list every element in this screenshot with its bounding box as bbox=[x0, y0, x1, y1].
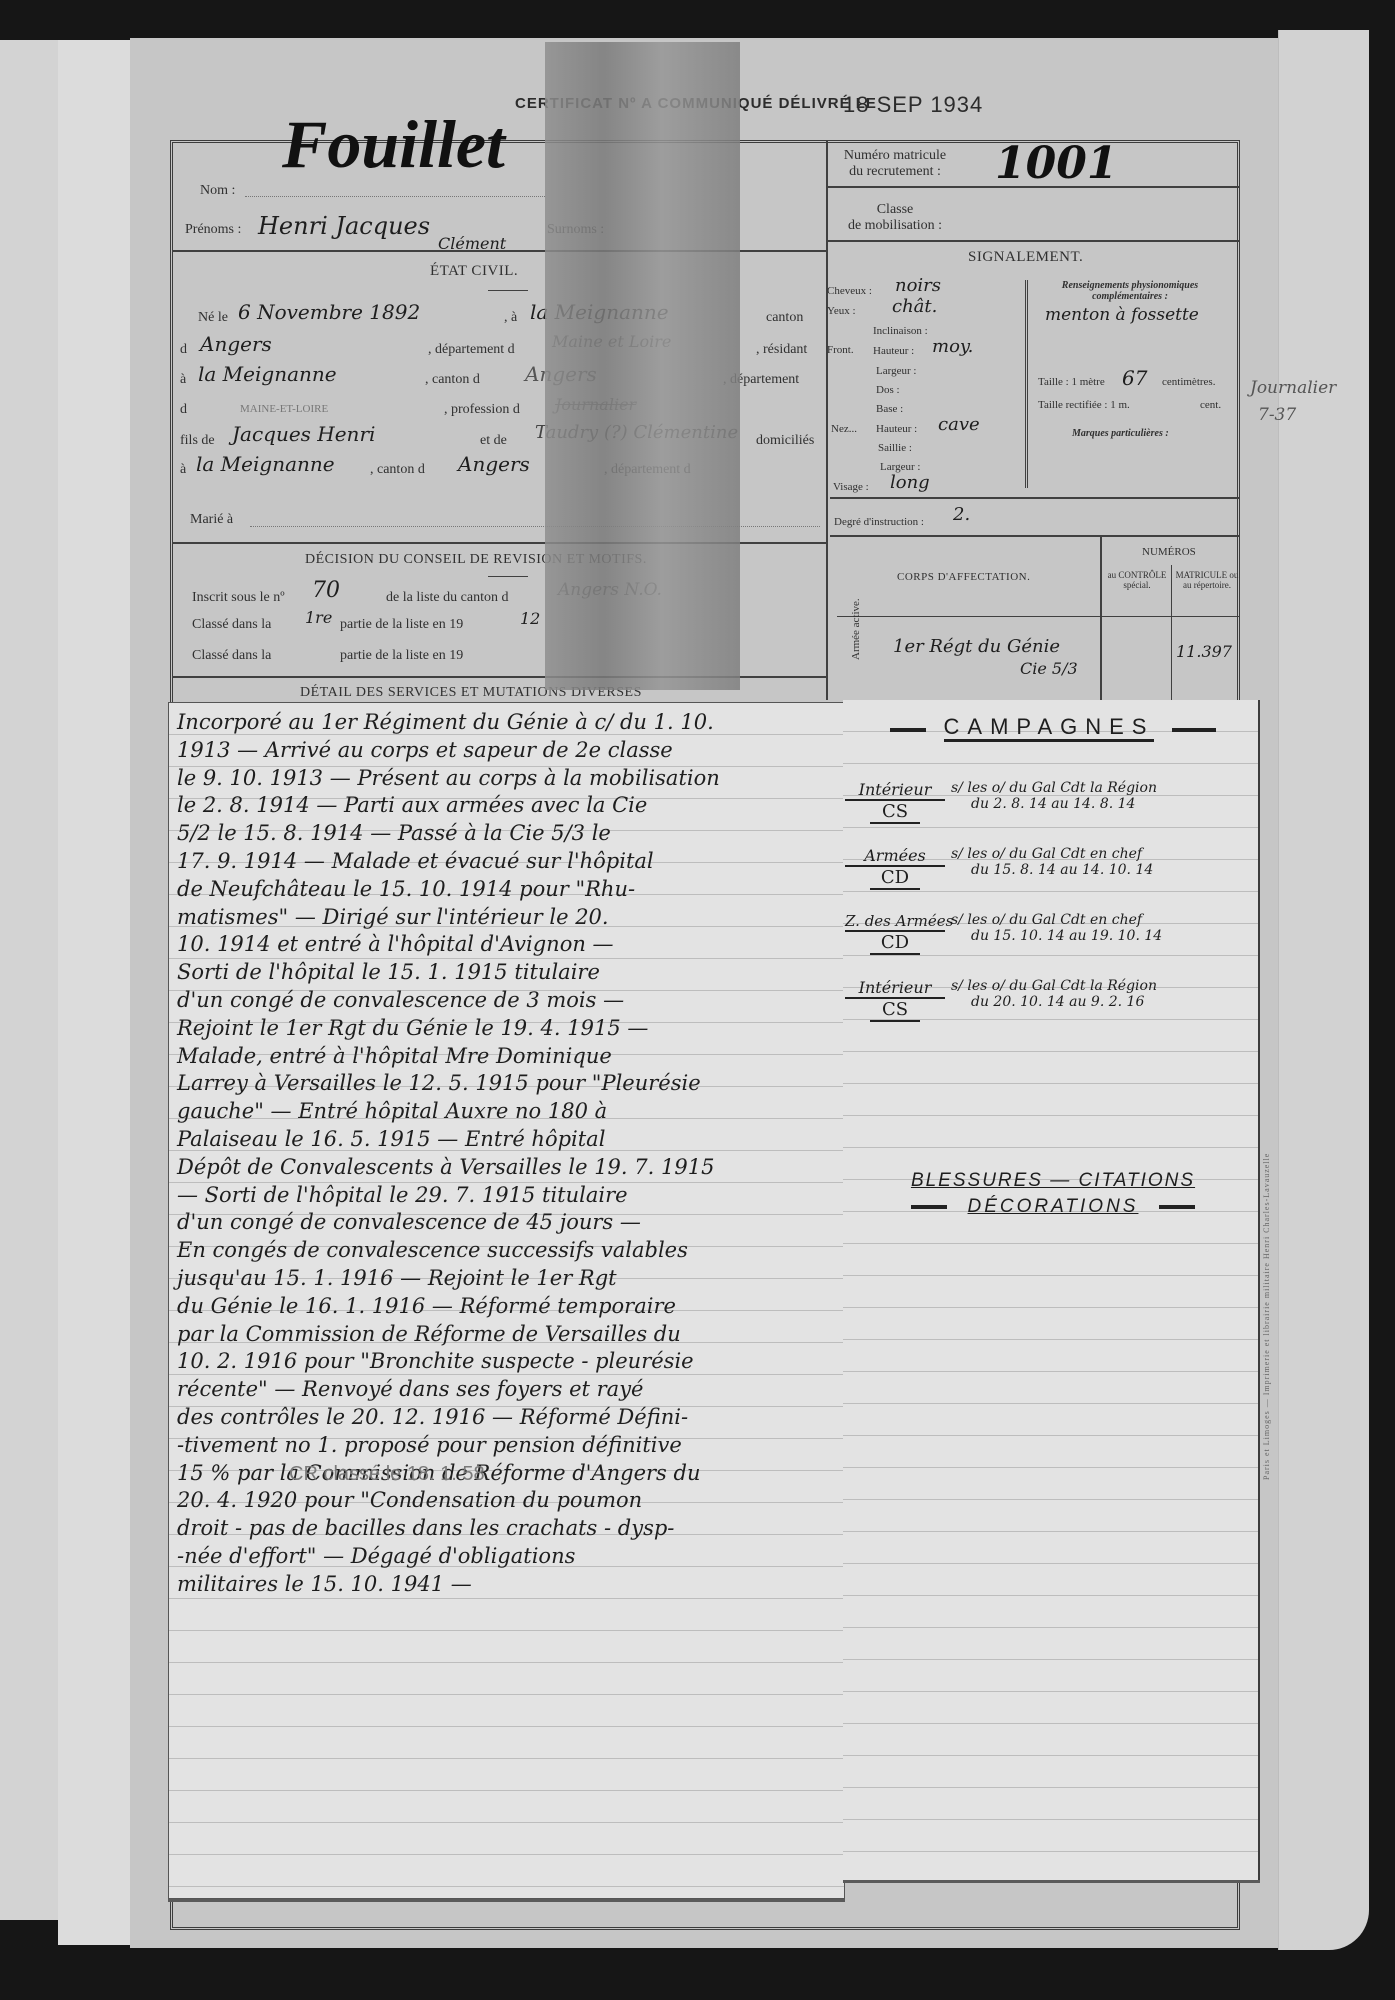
service-line: militaires le 15. 10. 1941 — bbox=[177, 1571, 837, 1599]
stamp-date: 18 SEP 1934 bbox=[843, 92, 983, 118]
campaign-detail: s/ les o/ du Gal Cdt la Région du 2. 8. … bbox=[945, 780, 1255, 846]
campaign-zone: Armées bbox=[845, 846, 945, 867]
marie-label: Marié à bbox=[190, 512, 233, 528]
nez-value: cave bbox=[938, 414, 980, 435]
right-page-edge bbox=[1278, 30, 1369, 1950]
service-line: des contrôles le 20. 12. 1916 — Réformé … bbox=[177, 1404, 837, 1432]
corps-affectation-title: CORPS D'AFFECTATION. bbox=[897, 571, 1030, 583]
campaign-dates: du 15. 10. 14 au 19. 10. 14 bbox=[951, 928, 1255, 944]
campaign-code: CD bbox=[870, 932, 920, 955]
title-underline bbox=[488, 576, 528, 577]
profession-label: , profession d bbox=[444, 402, 520, 418]
blessures-heading: BLESSURES — CITATIONS DÉCORATIONS bbox=[858, 1170, 1248, 1218]
column-divider bbox=[826, 140, 828, 700]
nom-label: Nom : bbox=[200, 183, 235, 199]
campaign-dates: du 20. 10. 14 au 9. 2. 16 bbox=[951, 994, 1255, 1010]
numeros-divider bbox=[1171, 565, 1172, 702]
classe2-label: Classé dans la bbox=[192, 648, 271, 664]
taille-label: Taille : 1 mètre bbox=[1038, 376, 1105, 388]
domicile-canton-label: , canton d bbox=[370, 462, 425, 478]
divider bbox=[826, 240, 1240, 242]
service-line: du Génie le 16. 1. 1916 — Réformé tempor… bbox=[177, 1293, 837, 1321]
service-line: récente" — Renvoyé dans ses foyers et ra… bbox=[177, 1376, 837, 1404]
printer-imprint: Paris et Limoges — Imprimerie et librair… bbox=[1262, 1153, 1271, 1480]
prenoms-label: Prénoms : bbox=[185, 222, 241, 238]
corps-value: 1er Régt du Génie bbox=[893, 636, 1060, 657]
matricule-repertoire-value: 11.397 bbox=[1176, 642, 1232, 661]
dash-decoration bbox=[890, 728, 926, 732]
service-line: 10. 1914 et entré à l'hôpital d'Avignon … bbox=[177, 931, 837, 959]
signalement-divider bbox=[1025, 280, 1028, 488]
inscrit-value: 70 bbox=[312, 578, 340, 603]
taille-rectifiee-unit: cent. bbox=[1200, 399, 1221, 411]
renseignements-title: Renseignements physionomiques complément… bbox=[1045, 280, 1215, 302]
repair-tape bbox=[545, 42, 740, 690]
affectation-divider bbox=[1100, 537, 1102, 702]
matricule-label: Numéro matricule du recrutement : bbox=[835, 148, 955, 180]
classe-label-line2: de mobilisation : bbox=[835, 218, 955, 234]
campaign-authority: s/ les o/ du Gal Cdt en chef bbox=[951, 912, 1255, 928]
archive-note: CR classé le 18. 1. 58 bbox=[289, 1463, 485, 1486]
nez-dos-label: Dos : bbox=[876, 384, 900, 396]
residence-a-label: à bbox=[180, 372, 186, 388]
campaign-code: CS bbox=[870, 999, 920, 1022]
campaign-authority: s/ les o/ du Gal Cdt la Région bbox=[951, 780, 1255, 796]
campaign-zone: Intérieur bbox=[845, 978, 945, 999]
service-line: par la Commission de Réforme de Versaill… bbox=[177, 1321, 837, 1349]
campaign-dates: du 15. 8. 14 au 14. 10. 14 bbox=[951, 862, 1255, 878]
divider bbox=[830, 535, 1240, 537]
service-line: le 9. 10. 1913 — Présent au corps à la m… bbox=[177, 765, 837, 793]
campaign-entries: Intérieur CS s/ les o/ du Gal Cdt la Rég… bbox=[845, 780, 1255, 1044]
service-line: Incorporé au 1er Régiment du Génie à c/ … bbox=[177, 709, 837, 737]
campaign-code: CD bbox=[870, 867, 920, 890]
nom-value: Fouillet bbox=[282, 105, 505, 184]
signalement-title: SIGNALEMENT. bbox=[968, 249, 1083, 266]
service-line: de Neufchâteau le 15. 10. 1914 pour "Rhu… bbox=[177, 876, 837, 904]
taille-unit: centimètres. bbox=[1162, 376, 1215, 388]
service-line: Sorti de l'hôpital le 15. 1. 1915 titula… bbox=[177, 959, 837, 987]
controle-special-title: au CONTRÔLE spécial. bbox=[1104, 570, 1170, 590]
et-de-label: et de bbox=[480, 433, 507, 449]
service-line: 10. 2. 1916 pour "Bronchite suspecte - p… bbox=[177, 1348, 837, 1376]
classe1-value: 1re bbox=[305, 608, 332, 627]
fils-de-label: fils de bbox=[180, 433, 215, 449]
classe1-year: 12 bbox=[520, 609, 540, 628]
campagnes-title: CAMPAGNES bbox=[944, 714, 1155, 742]
campaign-zone-cell: Armées CD bbox=[845, 846, 945, 912]
margin-note-code: 7-37 bbox=[1258, 405, 1296, 425]
service-line: 20. 4. 1920 pour "Condensation du poumon bbox=[177, 1487, 837, 1515]
marques-label: Marques particulières : bbox=[1072, 428, 1169, 439]
service-line: jusqu'au 15. 1. 1916 — Rejoint le 1er Rg… bbox=[177, 1265, 837, 1293]
nom-dotted-line bbox=[245, 196, 545, 197]
domicile-canton-value: Angers bbox=[458, 452, 530, 476]
left-page-edge bbox=[0, 40, 61, 1920]
services-list: Incorporé au 1er Régiment du Génie à c/ … bbox=[177, 709, 837, 1599]
dash-decoration bbox=[1159, 1205, 1195, 1209]
divider bbox=[837, 616, 1240, 617]
blessures-citations-title: BLESSURES — CITATIONS bbox=[858, 1170, 1248, 1192]
matricule-label-line2: du recrutement : bbox=[835, 164, 955, 180]
campaign-zone-cell: Intérieur CS bbox=[845, 978, 945, 1044]
campaign-zone: Intérieur bbox=[845, 780, 945, 801]
ne-le-label: Né le bbox=[198, 310, 228, 326]
canton-label: canton bbox=[766, 310, 803, 326]
campaign-zone-cell: Z. des Armées CD bbox=[845, 912, 945, 978]
father-value: Jacques Henri bbox=[232, 422, 375, 446]
classe2-suffix: partie de la liste en 19 bbox=[340, 648, 463, 664]
service-line: — Sorti de l'hôpital le 29. 7. 1915 titu… bbox=[177, 1182, 837, 1210]
campagnes-heading: CAMPAGNES bbox=[853, 714, 1253, 740]
campaign-authority: s/ les o/ du Gal Cdt en chef bbox=[951, 846, 1255, 862]
service-line: Malade, entré à l'hôpital Mre Dominique bbox=[177, 1043, 837, 1071]
compagnie-value: Cie 5/3 bbox=[1020, 659, 1078, 678]
birth-canton-value: Angers bbox=[200, 332, 272, 356]
visage-value: long bbox=[890, 472, 930, 493]
campaign-entry: Intérieur CS s/ les o/ du Gal Cdt la Rég… bbox=[845, 780, 1255, 846]
nez-label: Nez... bbox=[831, 423, 857, 435]
divider bbox=[826, 186, 1240, 188]
classe1-label: Classé dans la bbox=[192, 617, 271, 633]
d-label: d bbox=[180, 342, 187, 358]
decorations-title-row: DÉCORATIONS bbox=[858, 1196, 1248, 1218]
residence-departement-stamp: MAINE-ET-LOIRE bbox=[240, 403, 328, 415]
front-largeur-label: Largeur : bbox=[876, 365, 916, 377]
campaign-entry: Armées CD s/ les o/ du Gal Cdt en chef d… bbox=[845, 846, 1255, 912]
matricule-value: 1001 bbox=[995, 138, 1117, 189]
departement-label: , département d bbox=[428, 342, 515, 358]
campaign-code: CS bbox=[870, 801, 920, 824]
service-line: 5/2 le 15. 8. 1914 — Passé à la Cie 5/3 … bbox=[177, 820, 837, 848]
taille-rectifiee-label: Taille rectifiée : 1 m. bbox=[1038, 399, 1130, 411]
renseignements-title-line1: Renseignements physionomiques bbox=[1045, 280, 1215, 291]
campaign-zone-cell: Intérieur CS bbox=[845, 780, 945, 846]
service-line: Larrey à Versailles le 12. 5. 1915 pour … bbox=[177, 1070, 837, 1098]
prenoms-value: Henri Jacques bbox=[258, 212, 430, 240]
front-value: moy. bbox=[932, 336, 973, 357]
campaign-detail: s/ les o/ du Gal Cdt en chef du 15. 10. … bbox=[945, 912, 1255, 978]
service-line: Palaiseau le 16. 5. 1915 — Entré hôpital bbox=[177, 1126, 837, 1154]
service-line: droit - pas de bacilles dans les crachat… bbox=[177, 1515, 837, 1543]
campaign-detail: s/ les o/ du Gal Cdt en chef du 15. 8. 1… bbox=[945, 846, 1255, 912]
campaign-zone: Z. des Armées bbox=[845, 912, 945, 932]
d2-label: d bbox=[180, 402, 187, 418]
campaign-detail: s/ les o/ du Gal Cdt la Région du 20. 10… bbox=[945, 978, 1255, 1044]
renseignements-title-line2: complémentaires : bbox=[1045, 291, 1215, 302]
service-line: matismes" — Dirigé sur l'intérieur le 20… bbox=[177, 904, 837, 932]
numeros-title: NUMÉROS bbox=[1142, 546, 1196, 558]
divider bbox=[830, 497, 1240, 499]
inscrit-label: Inscrit sous le nº bbox=[192, 590, 285, 606]
services-sheet: Incorporé au 1er Régiment du Génie à c/ … bbox=[168, 702, 845, 1899]
front-label: Front. bbox=[827, 344, 854, 356]
inclinaison-label: Inclinaison : bbox=[873, 325, 928, 337]
domicilies-label: domiciliés bbox=[756, 433, 814, 449]
decorations-title: DÉCORATIONS bbox=[968, 1196, 1139, 1217]
visage-label: Visage : bbox=[833, 481, 869, 493]
yeux-value: chât. bbox=[892, 296, 937, 317]
parents-domicile-value: la Meignanne bbox=[196, 452, 335, 476]
birth-date-value: 6 Novembre 1892 bbox=[238, 300, 420, 324]
margin-note-profession: Journalier bbox=[1250, 378, 1336, 398]
service-line: -née d'effort" — Dégagé d'obligations bbox=[177, 1543, 837, 1571]
nez-base-label: Base : bbox=[876, 403, 903, 415]
etat-civil-title: ÉTAT CIVIL. bbox=[430, 263, 518, 280]
matricule-label-line1: Numéro matricule bbox=[835, 148, 955, 164]
cheveux-value: noirs bbox=[895, 275, 941, 296]
domicile-a-label: à bbox=[180, 462, 186, 478]
residant-label: , résidant bbox=[756, 342, 807, 358]
birthplace-label: , à bbox=[504, 310, 517, 326]
service-line: Dépôt de Convalescents à Versailles le 1… bbox=[177, 1154, 837, 1182]
campaign-entry: Intérieur CS s/ les o/ du Gal Cdt la Rég… bbox=[845, 978, 1255, 1044]
service-line: d'un congé de convalescence de 3 mois — bbox=[177, 987, 837, 1015]
campaign-authority: s/ les o/ du Gal Cdt la Région bbox=[951, 978, 1255, 994]
armee-active-label: Armée active. bbox=[850, 598, 862, 660]
service-line: En congés de convalescence successifs va… bbox=[177, 1237, 837, 1265]
title-underline bbox=[488, 290, 528, 291]
service-line: 17. 9. 1914 — Malade et évacué sur l'hôp… bbox=[177, 848, 837, 876]
dash-decoration bbox=[1172, 728, 1216, 732]
service-line: le 2. 8. 1914 — Parti aux armées avec la… bbox=[177, 792, 837, 820]
matricule-repertoire-title: MATRICULE ou au répertoire. bbox=[1174, 570, 1240, 590]
yeux-label: Yeux : bbox=[827, 305, 856, 317]
dash-decoration bbox=[911, 1205, 947, 1209]
service-line: 1913 — Arrivé au corps et sapeur de 2e c… bbox=[177, 737, 837, 765]
campaign-entry: Z. des Armées CD s/ les o/ du Gal Cdt en… bbox=[845, 912, 1255, 978]
classe-label: Classe de mobilisation : bbox=[835, 202, 955, 234]
front-hauteur-label: Hauteur : bbox=[873, 345, 914, 357]
classe-label-line1: Classe bbox=[835, 202, 955, 218]
service-line: 15 % par la Commission de Réforme d'Ange… bbox=[177, 1460, 837, 1488]
service-line: Rejoint le 1er Rgt du Génie le 19. 4. 19… bbox=[177, 1015, 837, 1043]
taille-value: 67 bbox=[1122, 366, 1147, 390]
cheveux-label: Cheveux : bbox=[827, 285, 872, 297]
nez-saillie-label: Saillie : bbox=[878, 442, 912, 454]
left-page-margin bbox=[58, 40, 131, 1945]
renseignements-value: menton à fossette bbox=[1045, 305, 1199, 325]
nez-hauteur-label: Hauteur : bbox=[876, 423, 917, 435]
instruction-label: Degré d'instruction : bbox=[834, 516, 924, 528]
liste-canton-label: de la liste du canton d bbox=[386, 590, 508, 606]
service-line: d'un congé de convalescence de 45 jours … bbox=[177, 1209, 837, 1237]
service-line: gauche" — Entré hôpital Auxre no 180 à bbox=[177, 1098, 837, 1126]
classe1-suffix: partie de la liste en 19 bbox=[340, 617, 463, 633]
residence-canton-label: , canton d bbox=[425, 372, 480, 388]
campaign-dates: du 2. 8. 14 au 14. 8. 14 bbox=[951, 796, 1255, 812]
campaigns-sheet: CAMPAGNES Intérieur CS s/ les o/ du Gal … bbox=[843, 700, 1260, 1880]
instruction-value: 2. bbox=[953, 504, 970, 525]
service-line: -tivement no 1. proposé pour pension déf… bbox=[177, 1432, 837, 1460]
residence-value: la Meignanne bbox=[198, 362, 337, 386]
